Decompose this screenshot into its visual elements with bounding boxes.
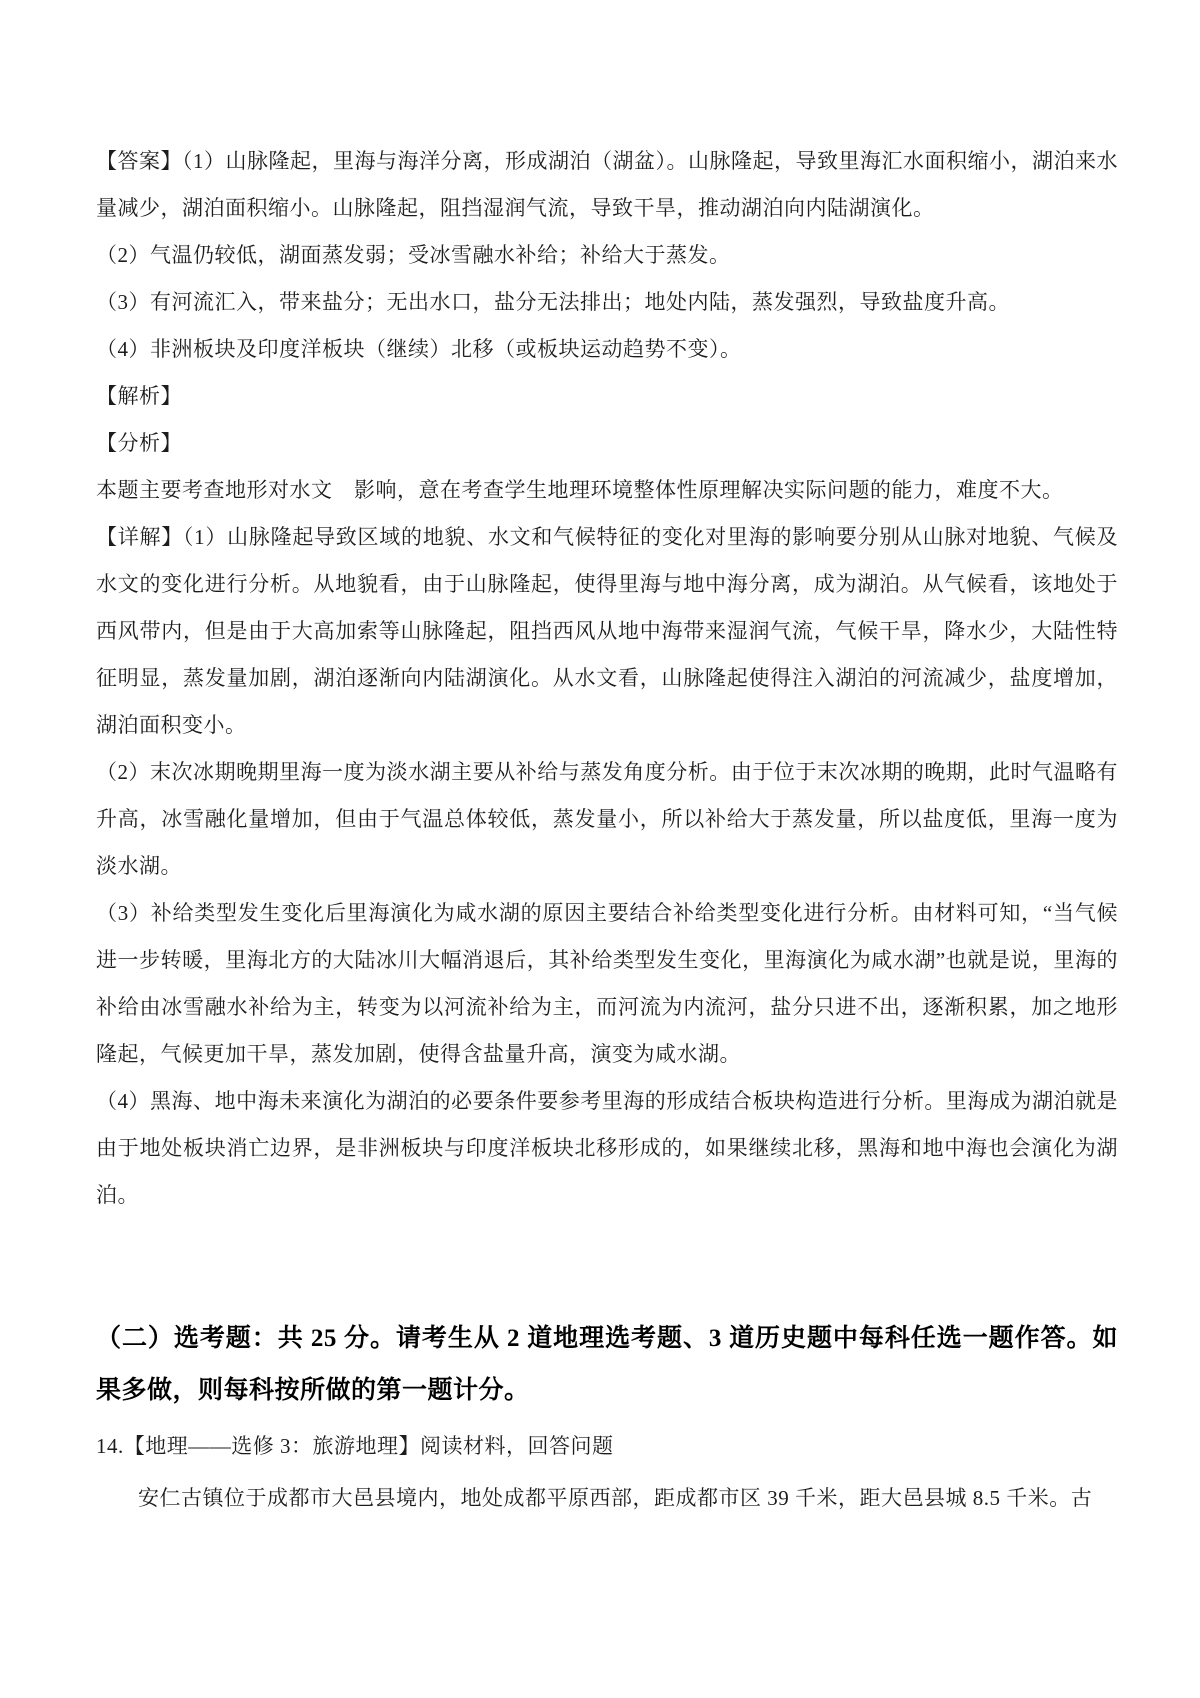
material-intro-text: 安仁古镇位于成都市大邑县境内，地处成都平原西部，距成都市区 39 千米，距大邑县… [96,1475,1118,1522]
detail-paragraph-2: （2）末次冰期晚期里海一度为淡水湖主要从补给与蒸发角度分析。由于位于末次冰期的晚… [96,749,1118,890]
jiexi-label: 【解析】 [96,373,1118,420]
detail-paragraph-4: （4）黑海、地中海未来演化为湖泊的必要条件要参考里海的形成结合板块构造进行分析。… [96,1078,1118,1219]
section-2-heading: （二）选考题：共 25 分。请考生从 2 道地理选考题、3 道历史题中每科任选一… [96,1313,1118,1417]
detail-paragraph-3: （3）补给类型发生变化后里海演化为咸水湖的原因主要结合补给类型变化进行分析。由材… [96,890,1118,1078]
answer-paragraph-3: （3）有河流汇入，带来盐分；无出水口，盐分无法排出；地处内陆，蒸发强烈，导致盐度… [96,279,1118,326]
answer-paragraph-4: （4）非洲板块及印度洋板块（继续）北移（或板块运动趋势不变）。 [96,326,1118,373]
answer-paragraph-2: （2）气温仍较低，湖面蒸发弱；受冰雪融水补给；补给大于蒸发。 [96,232,1118,279]
analysis-paragraph: 本题主要考查地形对水文 影响，意在考查学生地理环境整体性原理解决实际问题的能力，… [96,467,1118,514]
question-14-title: 14.【地理——选修 3：旅游地理】阅读材料，回答问题 [96,1423,1118,1470]
fenxi-label: 【分析】 [96,420,1118,467]
document-page: 【答案】（1）山脉隆起，里海与海洋分离，形成湖泊（湖盆）。山脉隆起，导致里海汇水… [0,0,1200,1698]
detail-paragraph-1: 【详解】（1）山脉隆起导致区域的地貌、水文和气候特征的变化对里海的影响要分别从山… [96,514,1118,749]
answer-paragraph-1: 【答案】（1）山脉隆起，里海与海洋分离，形成湖泊（湖盆）。山脉隆起，导致里海汇水… [96,138,1118,232]
